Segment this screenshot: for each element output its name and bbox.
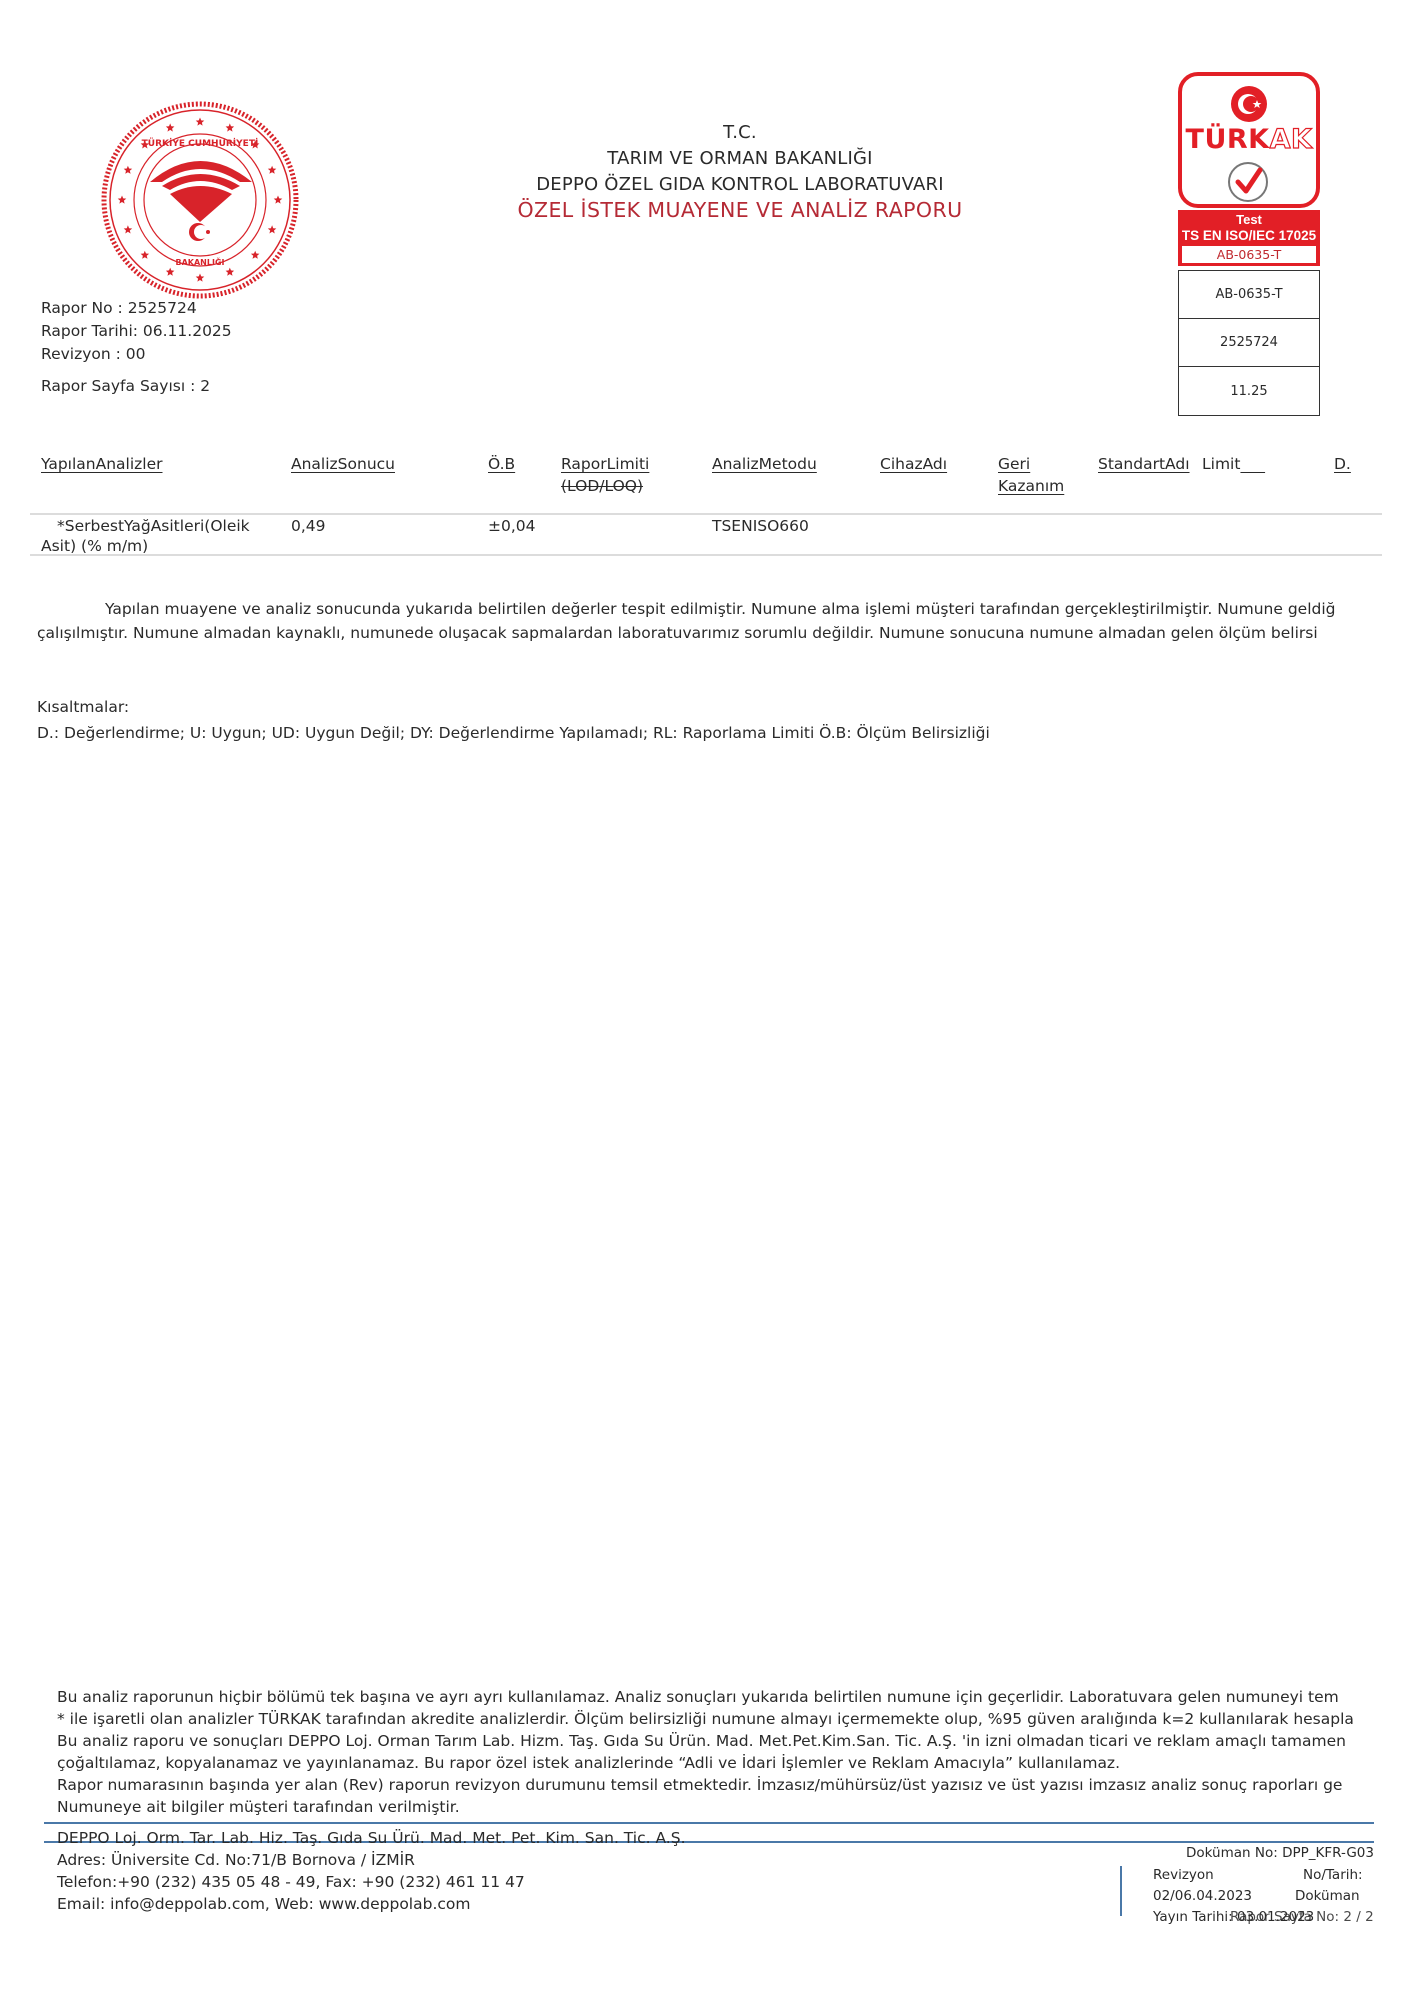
cell-result: 0,49 [291, 516, 326, 536]
footer-divider-top [44, 1822, 1374, 1824]
column-header-result: AnalizSonucu [291, 453, 395, 475]
company-name: DEPPO Loj. Orm. Tar. Lab. Hiz. Taş. Gıda… [57, 1828, 686, 1849]
ministry-seal-logo: TÜRKİYE CUMHURİYETİ BAKANLIĞI [100, 100, 300, 300]
header-ministry: TARIM VE ORMAN BAKANLIĞI [440, 148, 1040, 169]
company-address: Adres: Üniversite Cd. No:71/B Bornova / … [57, 1850, 415, 1871]
report-title: ÖZEL İSTEK MUAYENE VE ANALİZ RAPORU [440, 198, 1040, 222]
table-row-divider [30, 554, 1382, 556]
doc-revision-value: 02/06.04.2023 [1153, 1888, 1252, 1904]
report-date: Rapor Tarihi: 06.11.2025 [41, 322, 232, 340]
column-header-limit: Limit [1202, 453, 1265, 475]
cell-method: TSENISO660 [712, 516, 809, 536]
footer-note-1: Bu analiz raporunun hiçbir bölümü tek ba… [57, 1687, 1339, 1708]
column-header-report-limit: RaporLimiti(LOD/LOQ) [561, 453, 649, 497]
column-header-analyses: YapılanAnalizler [41, 453, 163, 475]
cell-analysis-line1: *SerbestYağAsitleri(Oleik [41, 516, 250, 536]
accreditation-standard: TS EN ISO/IEC 17025 [1178, 227, 1320, 245]
abbreviations-text: D.: Değerlendirme; U: Uygun; UD: Uygun D… [37, 720, 990, 746]
report-number: Rapor No : 2525724 [41, 299, 197, 317]
doc-info-divider [1120, 1866, 1122, 1916]
svg-text:BAKANLIĞI: BAKANLIĞI [176, 256, 225, 267]
turkak-wordmark: TÜRKAK [1182, 124, 1316, 155]
column-header-recovery: GeriKazanım [998, 453, 1064, 497]
column-header-method: AnalizMetodu [712, 453, 817, 475]
column-header-uncertainty: Ö.B [488, 453, 515, 475]
report-number-cell: 2525724 [1179, 319, 1319, 367]
footer-note-3: Bu analiz raporu ve sonuçları DEPPO Loj.… [57, 1731, 1346, 1752]
column-header-standard: StandartAdı [1098, 453, 1190, 475]
report-page-count: Rapor Sayfa Sayısı : 2 [41, 377, 210, 395]
report-month-cell: 11.25 [1179, 367, 1319, 415]
accreditation-number: AB-0635-T [1179, 271, 1319, 319]
footer-note-4: çoğaltılamaz, kopyalanamaz ve yayınlanam… [57, 1753, 1120, 1774]
doc-number: Doküman No: DPP_KFR-G03 [1186, 1845, 1374, 1861]
svg-text:TÜRKİYE CUMHURİYETİ: TÜRKİYE CUMHURİYETİ [142, 138, 259, 149]
company-phone: Telefon:+90 (232) 435 05 48 - 49, Fax: +… [57, 1872, 525, 1893]
turkak-accreditation-logo: TÜRKAK [1178, 72, 1320, 208]
crescent-star-icon [1229, 84, 1269, 124]
footer-note-2: * ile işaretli olan analizler TÜRKAK tar… [57, 1709, 1354, 1730]
report-code-box: AB-0635-T 2525724 11.25 [1178, 270, 1320, 416]
doc-doc-label: Doküman [1295, 1888, 1360, 1904]
statement-line1: Yapılan muayene ve analiz sonucunda yuka… [105, 596, 1336, 622]
abbreviations-title: Kısaltmalar: [37, 694, 129, 720]
accreditation-band: Test TS EN ISO/IEC 17025 AB-0635-T [1178, 210, 1320, 266]
company-contact: Email: info@deppolab.com, Web: www.deppo… [57, 1894, 470, 1915]
check-circle-icon [1226, 160, 1270, 204]
column-header-device: CihazAdı [880, 453, 947, 475]
header-laboratory: DEPPO ÖZEL GIDA KONTROL LABORATUVARI [440, 174, 1040, 195]
footer-note-5: Rapor numarasının başında yer alan (Rev)… [57, 1775, 1342, 1796]
doc-revision-no-label: No/Tarih: [1303, 1867, 1363, 1883]
table-row: *SerbestYağAsitleri(Oleik Asit) (% m/m) [41, 516, 250, 556]
accreditation-code: AB-0635-T [1181, 245, 1317, 264]
doc-page-number: Rapor Sayfa No: 2 / 2 [1230, 1909, 1374, 1925]
cell-uncertainty: ±0,04 [488, 516, 536, 536]
table-header-divider [30, 513, 1382, 515]
column-header-evaluation: D. [1334, 453, 1351, 475]
accreditation-type: Test [1178, 210, 1320, 227]
statement-line2: çalışılmıştır. Numune almadan kaynaklı, … [37, 620, 1318, 646]
header-tc: T.C. [440, 122, 1040, 143]
footer-note-6: Numuneye ait bilgiler müşteri tarafından… [57, 1797, 460, 1818]
doc-revision-label: Revizyon [1153, 1867, 1214, 1883]
cell-analysis-line2: Asit) (% m/m) [41, 536, 250, 556]
report-revision: Revizyon : 00 [41, 345, 146, 363]
